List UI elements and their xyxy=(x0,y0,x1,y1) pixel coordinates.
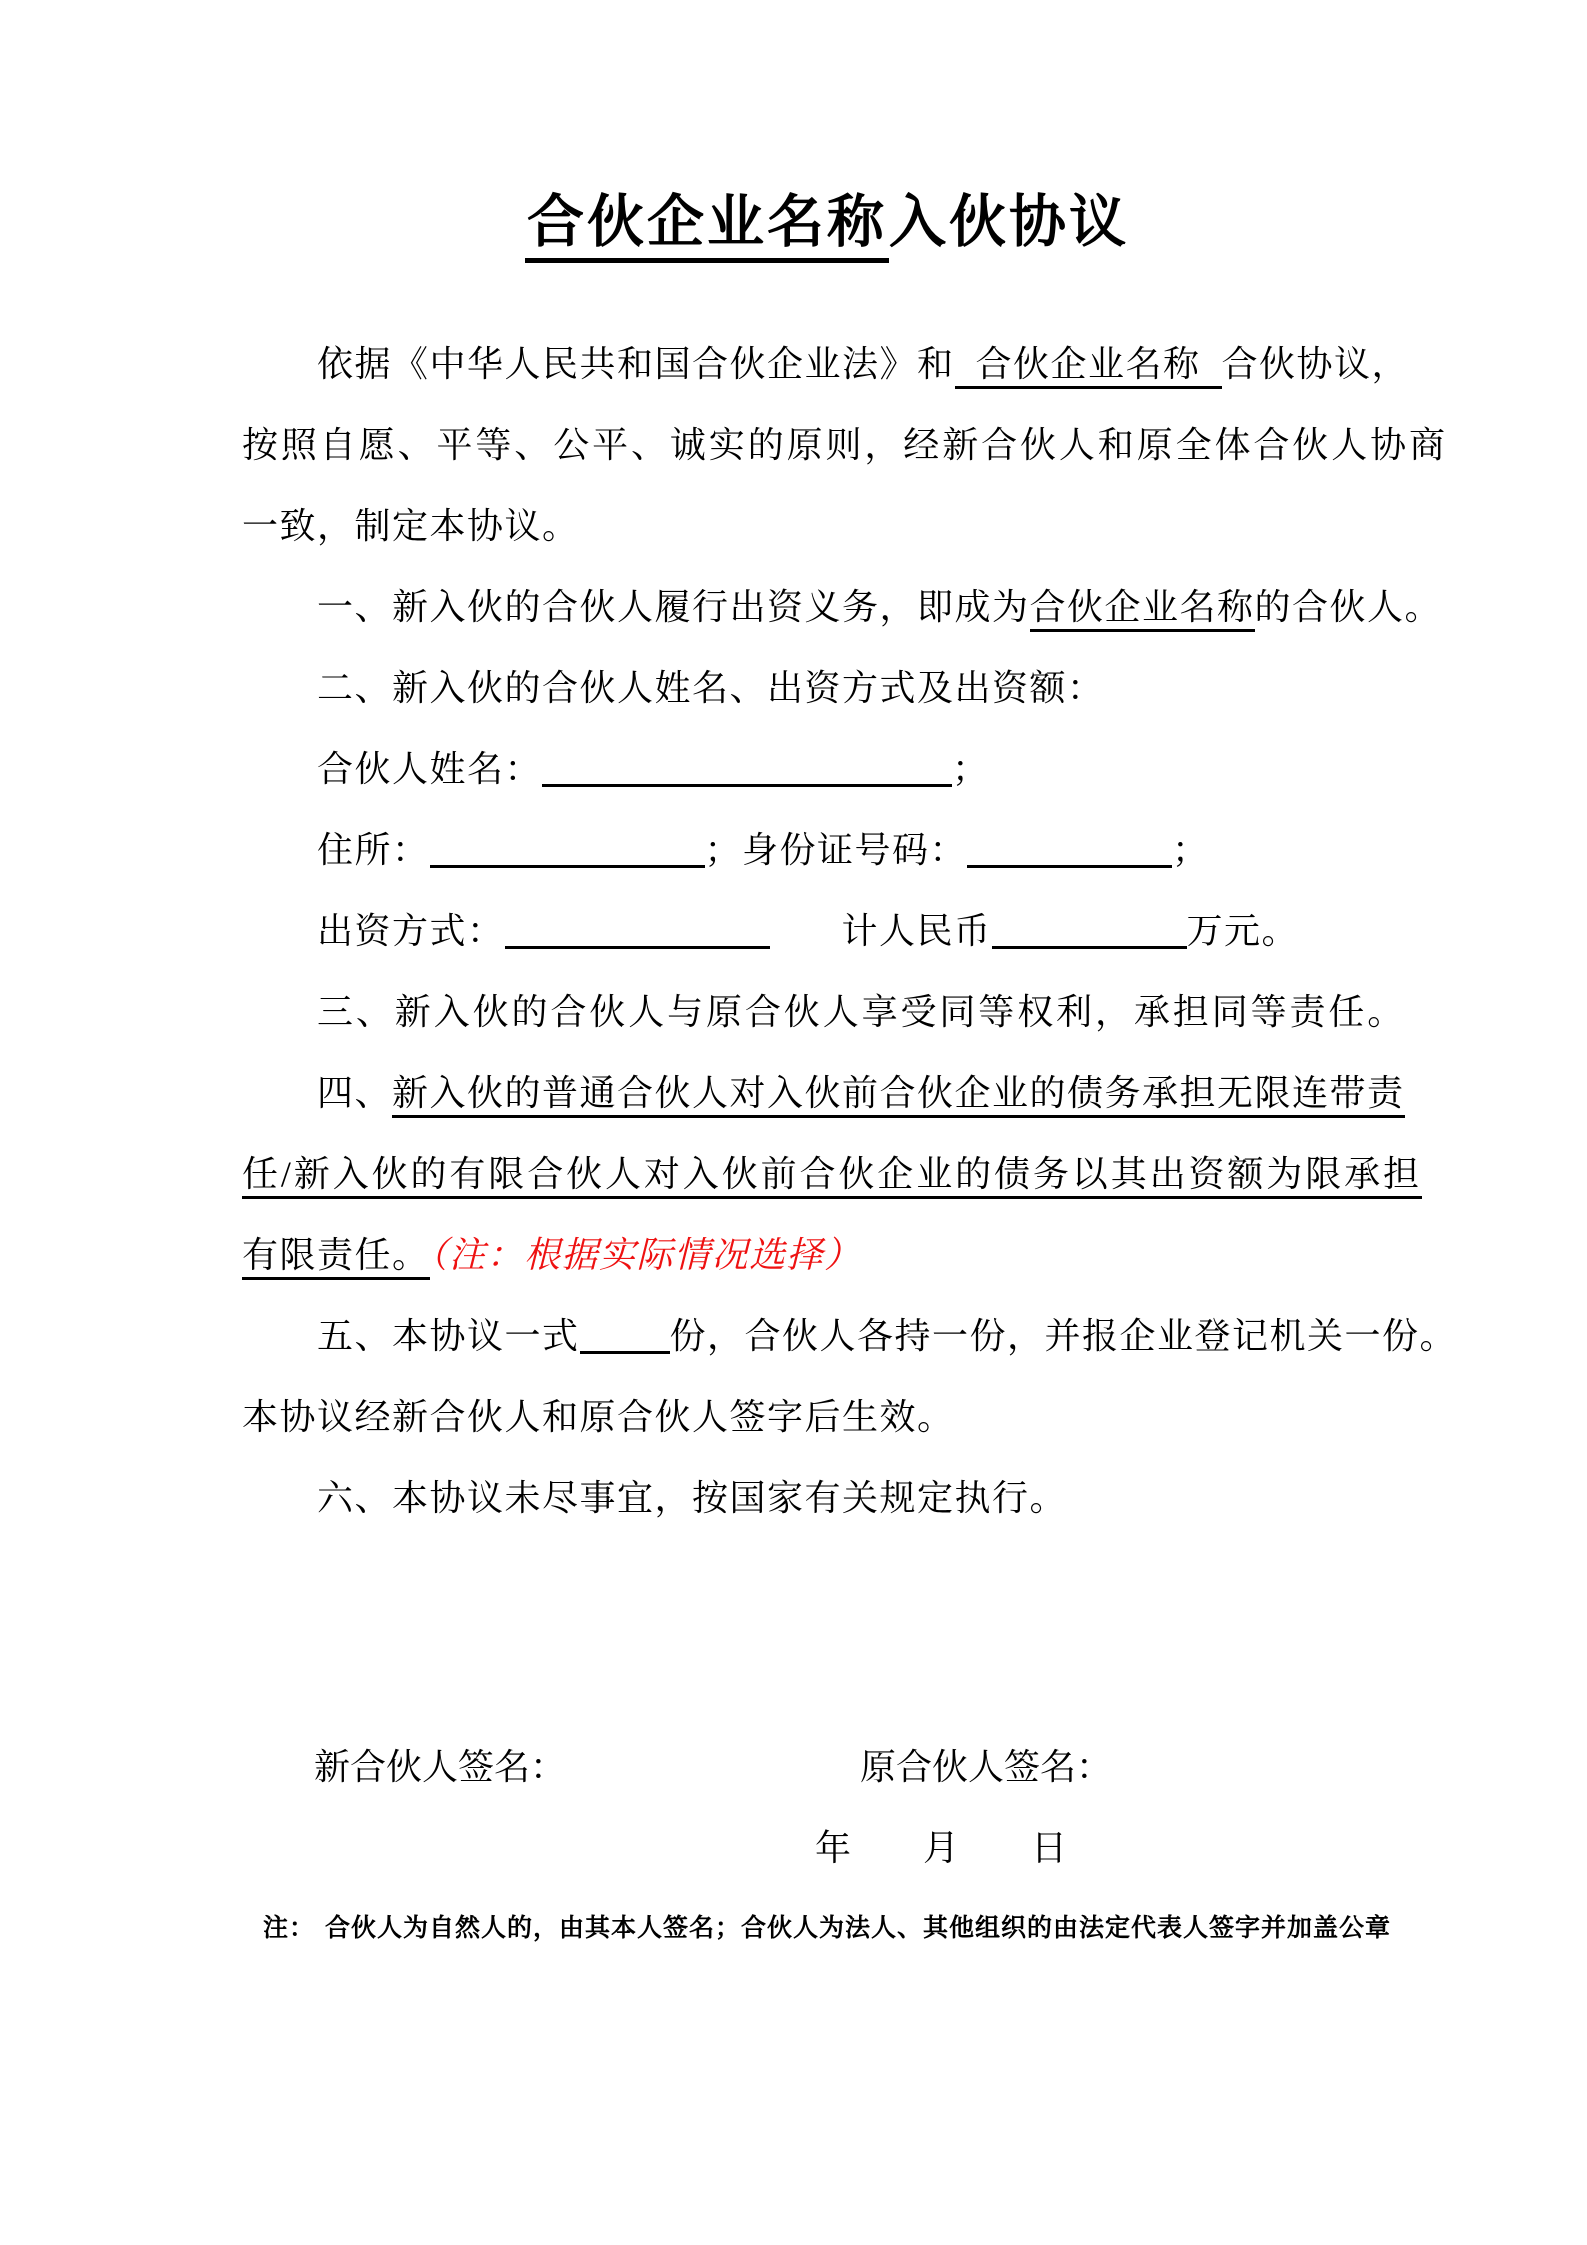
partner-name-line: 合伙人姓名：； xyxy=(242,729,1412,810)
footnote-label: 注： xyxy=(263,1915,315,1942)
id-number-label: 身份证号码： xyxy=(742,830,967,870)
document-body: 依据《中华人民共和国合伙企业法》和 合伙企业名称 合伙协议， 按照自愿、平等、公… xyxy=(242,324,1412,1539)
footnote-text: 合伙人为自然人的，由其本人签名；合伙人为法人、其他组织的由法定代表人签字并加盖公… xyxy=(325,1915,1391,1942)
text-segment: ； xyxy=(1172,830,1210,870)
underlined-text-segment: 有限责任。 xyxy=(242,1235,430,1280)
contribution-line: 出资方式：计人民币万元。 xyxy=(242,891,1412,972)
text-segment: ； xyxy=(705,830,743,870)
document-title: 合伙企业名称入伙协议 xyxy=(242,183,1412,262)
title-agreement-type: 入伙协议 xyxy=(889,190,1129,254)
clause-4-line-2: 任/新入伙的有限合伙人对入伙前合伙企业的债务以其出资额为限承担 xyxy=(242,1134,1412,1215)
contribution-method-label: 出资方式： xyxy=(317,911,505,951)
address-blank[interactable] xyxy=(430,831,705,868)
clause-number: 四、 xyxy=(317,1073,392,1113)
clause-5-line-1: 五、本协议一式份，合伙人各持一份，并报企业登记机关一份。 xyxy=(242,1296,1412,1377)
underlined-text-segment: 新入伙的普通合伙人对入伙前合伙企业的债务承担无限连带责 xyxy=(392,1073,1405,1118)
contribution-method-blank[interactable] xyxy=(505,912,770,949)
intro-line-1: 依据《中华人民共和国合伙企业法》和 合伙企业名称 合伙协议， xyxy=(242,324,1412,405)
title-company-name-underlined: 合伙企业名称 xyxy=(525,191,889,263)
new-partner-signature-label: 新合伙人签名： xyxy=(314,1747,566,1787)
partner-name-label: 合伙人姓名： xyxy=(317,749,542,789)
clause-3-line: 三、新入伙的合伙人与原合伙人享受同等权利，承担同等责任。 xyxy=(242,972,1412,1053)
text-segment: 份，合伙人各持一份，并报企业登记机关一份。 xyxy=(670,1316,1458,1356)
text-segment: 的合伙人。 xyxy=(1255,587,1443,627)
red-note-text: （注：根据实际情况选择） xyxy=(430,1235,862,1275)
intro-line-2: 按照自愿、平等、公平、诚实的原则，经新合伙人和原全体合伙人协商 xyxy=(242,405,1412,486)
company-name-placeholder: 合伙企业名称 xyxy=(1030,587,1255,632)
text-segment: 一、新入伙的合伙人履行出资义务，即成为 xyxy=(317,587,1030,627)
rmb-amount-blank[interactable] xyxy=(992,912,1187,949)
document-page: 合伙企业名称入伙协议 依据《中华人民共和国合伙企业法》和 合伙企业名称 合伙协议… xyxy=(0,0,1587,2245)
signature-row: 新合伙人签名：原合伙人签名： xyxy=(242,1727,1412,1808)
copies-count-blank[interactable] xyxy=(580,1317,670,1354)
text-segment: ； xyxy=(952,749,990,789)
text-segment: 合伙协议， xyxy=(1222,344,1410,384)
intro-line-3: 一致，制定本协议。 xyxy=(242,486,1412,567)
date-line: 年 月 日 xyxy=(815,1808,1412,1889)
text-segment: 万元。 xyxy=(1187,911,1300,951)
footnote: 注：合伙人为自然人的，由其本人签名；合伙人为法人、其他组织的由法定代表人签字并加… xyxy=(242,1889,1412,1969)
address-label: 住所： xyxy=(317,830,430,870)
clause-1-line: 一、新入伙的合伙人履行出资义务，即成为合伙企业名称的合伙人。 xyxy=(242,567,1412,648)
company-name-placeholder: 合伙企业名称 xyxy=(955,344,1222,389)
rmb-amount-label: 计人民币 xyxy=(842,911,992,951)
clause-5-line-2: 本协议经新合伙人和原合伙人签字后生效。 xyxy=(242,1377,1412,1458)
partner-name-blank[interactable] xyxy=(542,750,952,787)
underlined-text-segment: 任/新入伙的有限合伙人对入伙前合伙企业的债务以其出资额为限承担 xyxy=(242,1154,1422,1199)
text-segment: 依据《中华人民共和国合伙企业法》和 xyxy=(317,344,955,384)
text-segment: 五、本协议一式 xyxy=(317,1316,580,1356)
clause-4-line-1: 四、新入伙的普通合伙人对入伙前合伙企业的债务承担无限连带责 xyxy=(242,1053,1412,1134)
clause-2-heading: 二、新入伙的合伙人姓名、出资方式及出资额： xyxy=(242,648,1412,729)
clause-6-line: 六、本协议未尽事宜，按国家有关规定执行。 xyxy=(242,1458,1412,1539)
address-id-line: 住所：；身份证号码：； xyxy=(242,810,1412,891)
id-number-blank[interactable] xyxy=(967,831,1172,868)
clause-4-line-3: 有限责任。（注：根据实际情况选择） xyxy=(242,1215,1412,1296)
original-partner-signature-label: 原合伙人签名： xyxy=(860,1747,1112,1787)
